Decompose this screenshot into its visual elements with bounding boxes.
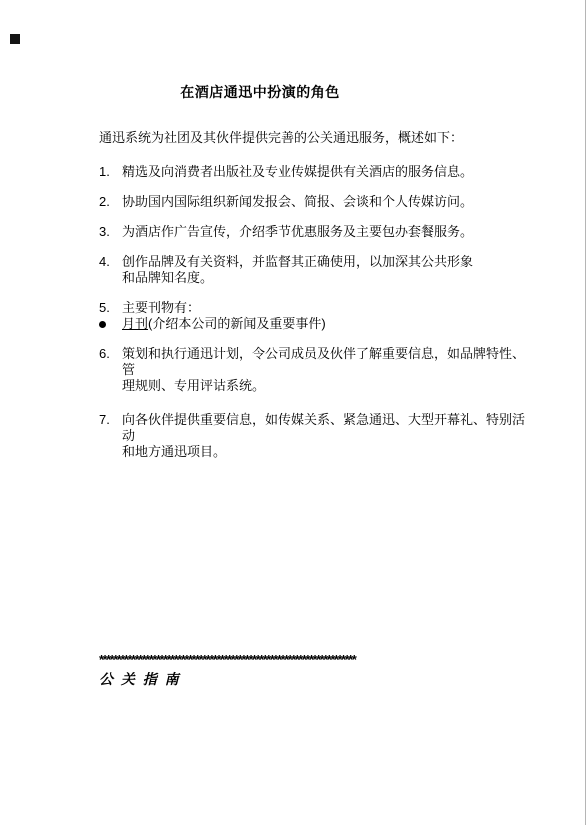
list-item-number: 7. [99,412,122,460]
list-item-text: 创作品牌及有关资料，并监督其正确使用，以加深其公共形象 和品牌知名度。 [122,254,525,286]
list-item: 6. 策划和执行通迅计划，令公司成员及伙伴了解重要信息，如品牌特性、管 理规则、… [99,346,525,394]
document-body: 在酒店通迅中扮演的角色 通迅系统为社团及其伙伴提供完善的公关通迅服务，概述如下：… [99,84,525,460]
bullet-item-text: 月刊(介绍本公司的新闻及重要事件) [122,316,525,332]
bullet-cell [99,316,122,332]
list-item: 7. 向各伙伴提供重要信息，如传媒关系、紧急通迅、大型开幕礼、特别活动 和地方通… [99,412,525,460]
list-item: 5. 主要刊物有： [99,300,525,316]
bullet-dot-icon [99,321,106,328]
list-item-line: 理规则、专用评诂系统。 [122,378,525,394]
list-item: 2. 协助国内国际组织新闻发报会、简报、会谈和个人传媒访问。 [99,194,525,210]
page-right-edge [585,0,586,825]
list-item-line: 创作品牌及有关资料，并监督其正确使用，以加深其公共形象 [122,254,525,270]
list-item-number: 1. [99,164,122,180]
footer-title: 公 关 指 南 [99,671,355,688]
page-title: 在酒店通迅中扮演的角色 [99,84,421,101]
list-item-number: 3. [99,224,122,240]
list-item-number: 2. [99,194,122,210]
list-item-line: 为酒店作广告宣传，介绍季节优惠服务及主要包办套餐服务。 [122,224,525,240]
list-item: 4. 创作品牌及有关资料，并监督其正确使用，以加深其公共形象 和品牌知名度。 [99,254,525,286]
bullet-list-item: 月刊(介绍本公司的新闻及重要事件) [99,316,525,332]
list-item-text: 向各伙伴提供重要信息，如传媒关系、紧急通迅、大型开幕礼、特别活动 和地方通迅项目… [122,412,525,460]
list-item-line: 主要刊物有： [122,300,525,316]
list-item-line: 和品牌知名度。 [122,270,525,286]
list-item-number: 5. [99,300,122,316]
separator-stars: ****************************************… [99,652,355,667]
intro-paragraph: 通迅系统为社团及其伙伴提供完善的公关通迅服务，概述如下： [99,130,525,146]
list-item-line: 精选及向消费者出版社及专业传媒提供有关酒店的服务信息。 [122,164,525,180]
list-item-line: 向各伙伴提供重要信息，如传媒关系、紧急通迅、大型开幕礼、特别活动 [122,412,525,444]
list-item: 1. 精选及向消费者出版社及专业传媒提供有关酒店的服务信息。 [99,164,525,180]
list-item-text: 策划和执行通迅计划，令公司成员及伙伴了解重要信息，如品牌特性、管 理规则、专用评… [122,346,525,394]
list-item-number: 4. [99,254,122,286]
list-item-line: 和地方通迅项目。 [122,444,525,460]
publication-name: 月刊 [122,316,148,331]
list-item-line: 协助国内国际组织新闻发报会、简报、会谈和个人传媒访问。 [122,194,525,210]
list-item-line: 策划和执行通迅计划，令公司成员及伙伴了解重要信息，如品牌特性、管 [122,346,525,378]
square-marker-icon [10,34,20,44]
publication-description: (介绍本公司的新闻及重要事件) [148,316,326,331]
list-item-number: 6. [99,346,122,394]
list-item: 3. 为酒店作广告宣传，介绍季节优惠服务及主要包办套餐服务。 [99,224,525,240]
page-footer: ****************************************… [99,652,355,688]
